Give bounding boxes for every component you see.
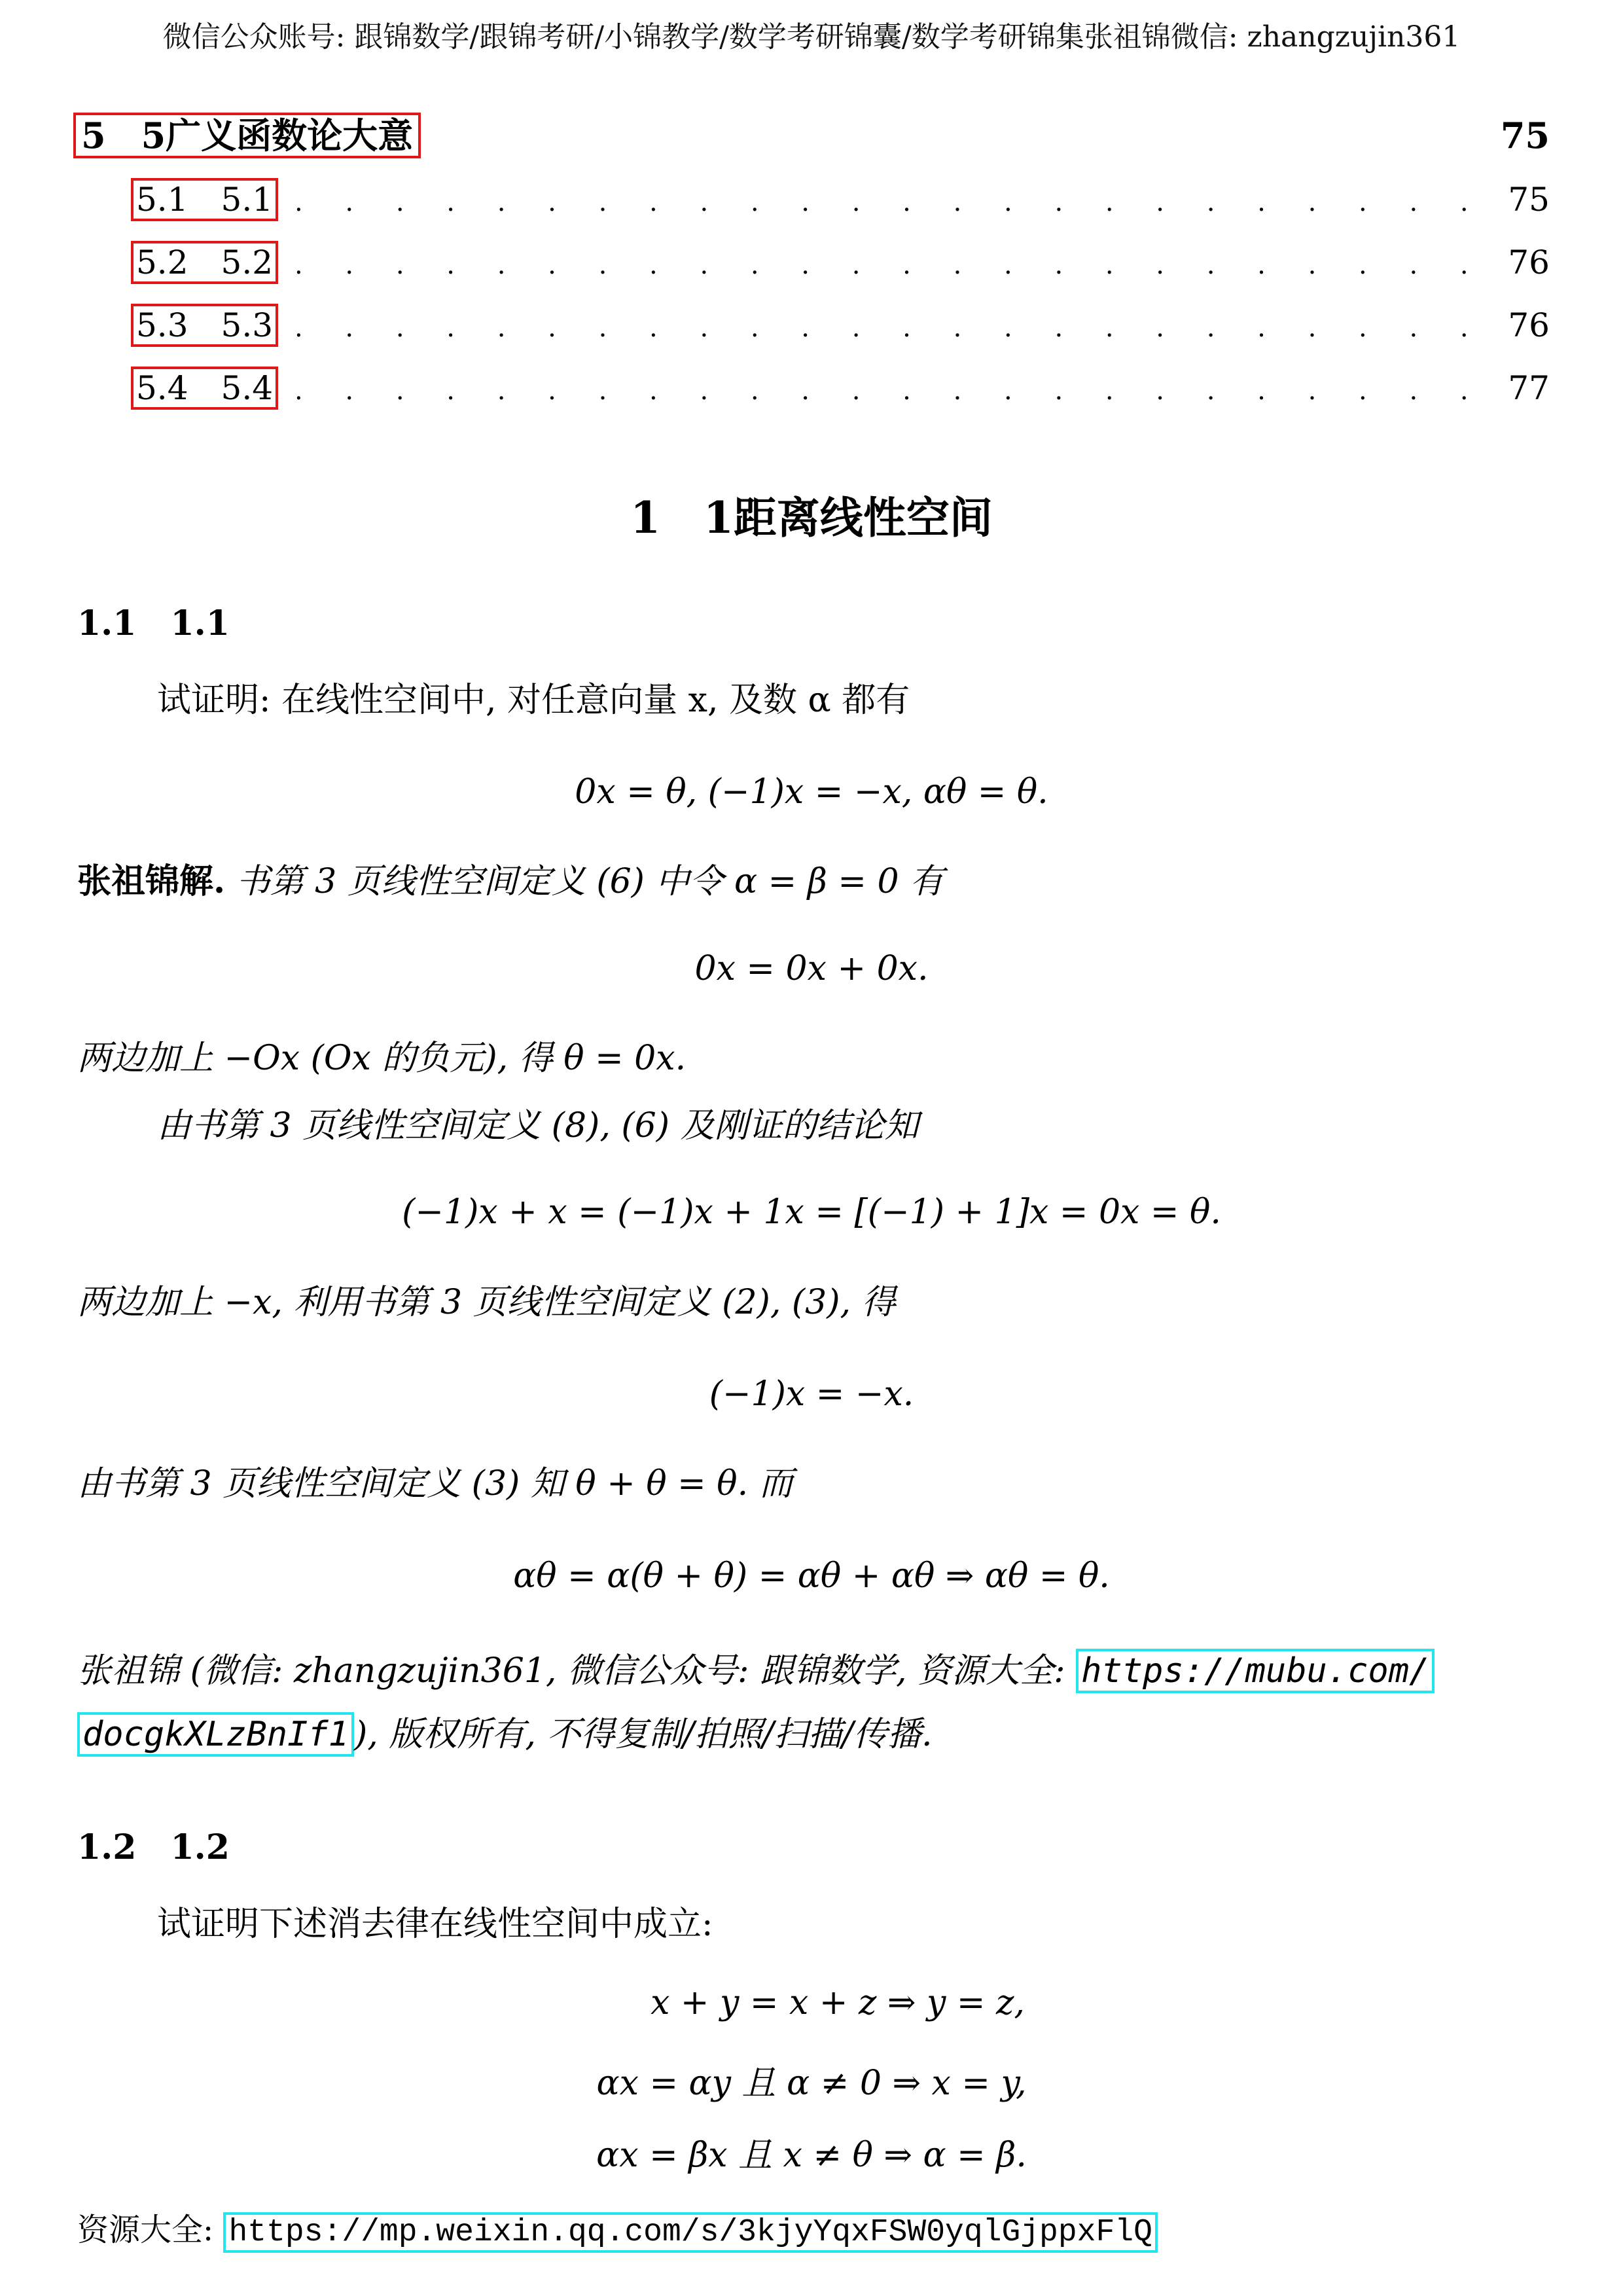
section-title-1-1: 1.1 1.1: [77, 596, 230, 645]
display-equation: (−1)x + x = (−1)x + 1x = [(−1) + 1]x = 0…: [0, 1193, 1623, 1232]
chapter-title: 1 1距离线性空间: [0, 483, 1623, 545]
footer-label: 资源大全:: [77, 2212, 213, 2248]
toc-leader-dots: . . . . . . . . . . . . . . . . . . . . …: [294, 372, 1471, 410]
copyright-text: 张祖锦 (微信: zhangzujin361, 微信公众号: 跟锦数学, 资源大…: [77, 1651, 1076, 1691]
toc-chapter-link[interactable]: 5 5广义函数论大意: [73, 113, 421, 158]
display-equation: x + y = x + z ⇒ y = z,: [0, 1983, 1623, 2022]
toc-leader-dots: . . . . . . . . . . . . . . . . . . . . …: [294, 246, 1471, 284]
toc-chapter-5: 5 5广义函数论大意 75: [73, 113, 1550, 158]
copyright-line-1: 张祖锦 (微信: zhangzujin361, 微信公众号: 跟锦数学, 资源大…: [77, 1648, 1435, 1694]
page-header: 微信公众账号: 跟锦数学/跟锦考研/小锦教学/数学考研锦囊/数学考研锦集张祖锦微…: [0, 13, 1623, 55]
display-equation: (−1)x = −x.: [0, 1374, 1623, 1414]
toc-section-link[interactable]: 5.4 5.4: [131, 367, 278, 410]
solution-line: 由书第 3 页线性空间定义 (8), (6) 及刚证的结论知: [157, 1103, 919, 1149]
toc-leader-dots: . . . . . . . . . . . . . . . . . . . . …: [294, 183, 1471, 221]
toc-section-page: 76: [1508, 306, 1550, 344]
display-equation: 0x = θ, (−1)x = −x, αθ = θ.: [0, 772, 1623, 812]
solution-line: 张祖锦解. 书第 3 页线性空间定义 (6) 中令 α = β = 0 有: [77, 859, 944, 905]
copyright-line-2: docgkXLzBnIf1), 版权所有, 不得复制/拍照/扫描/传播.: [77, 1712, 933, 1757]
solution-label: 张祖锦解.: [77, 861, 225, 901]
toc-section-5-2: 5.2 5.2 . . . . . . . . . . . . . . . . …: [131, 241, 1550, 284]
problem-statement: 试证明: 在线性空间中, 对任意向量 x, 及数 α 都有: [157, 677, 910, 723]
toc-section-page: 75: [1508, 181, 1550, 219]
section-title-1-2: 1.2 1.2: [77, 1820, 230, 1869]
toc-leader-dots: . . . . . . . . . . . . . . . . . . . . …: [294, 309, 1471, 347]
display-equation: αθ = α(θ + θ) = αθ + αθ ⇒ αθ = θ.: [0, 1556, 1623, 1596]
display-equation: 0x = 0x + 0x.: [0, 949, 1623, 988]
solution-text: 书第 3 页线性空间定义 (6) 中令 α = β = 0 有: [236, 862, 944, 901]
page-footer: 资源大全: https://mp.weixin.qq.com/s/3kjyYqx…: [77, 2207, 1158, 2255]
display-equation: αx = αy 且 α ≠ 0 ⇒ x = y,: [0, 2055, 1623, 2104]
resource-link-continued[interactable]: docgkXLzBnIf1: [77, 1712, 354, 1757]
toc-section-link[interactable]: 5.2 5.2: [131, 241, 278, 284]
problem-statement: 试证明下述消去律在线性空间中成立:: [157, 1901, 713, 1947]
solution-line: 由书第 3 页线性空间定义 (3) 知 θ + θ = θ. 而: [77, 1461, 793, 1507]
toc-section-page: 77: [1508, 369, 1550, 407]
footer-link[interactable]: https://mp.weixin.qq.com/s/3kjyYqxFSW0yq…: [223, 2212, 1157, 2253]
toc-section-5-4: 5.4 5.4 . . . . . . . . . . . . . . . . …: [131, 367, 1550, 410]
toc-section-page: 76: [1508, 243, 1550, 281]
toc-chapter-page: 75: [1501, 115, 1550, 156]
toc-section-5-3: 5.3 5.3 . . . . . . . . . . . . . . . . …: [131, 304, 1550, 347]
solution-line: 两边加上 −Ox (Ox 的负元), 得 θ = 0x.: [77, 1035, 686, 1081]
copyright-text: ), 版权所有, 不得复制/拍照/扫描/传播.: [354, 1715, 933, 1754]
toc-section-link[interactable]: 5.3 5.3: [131, 304, 278, 347]
toc-section-5-1: 5.1 5.1 . . . . . . . . . . . . . . . . …: [131, 178, 1550, 221]
resource-link[interactable]: https://mubu.com/: [1076, 1649, 1435, 1693]
display-equation: αx = βx 且 x ≠ θ ⇒ α = β.: [0, 2127, 1623, 2176]
solution-line: 两边加上 −x, 利用书第 3 页线性空间定义 (2), (3), 得: [77, 1280, 896, 1325]
toc-section-link[interactable]: 5.1 5.1: [131, 178, 278, 221]
